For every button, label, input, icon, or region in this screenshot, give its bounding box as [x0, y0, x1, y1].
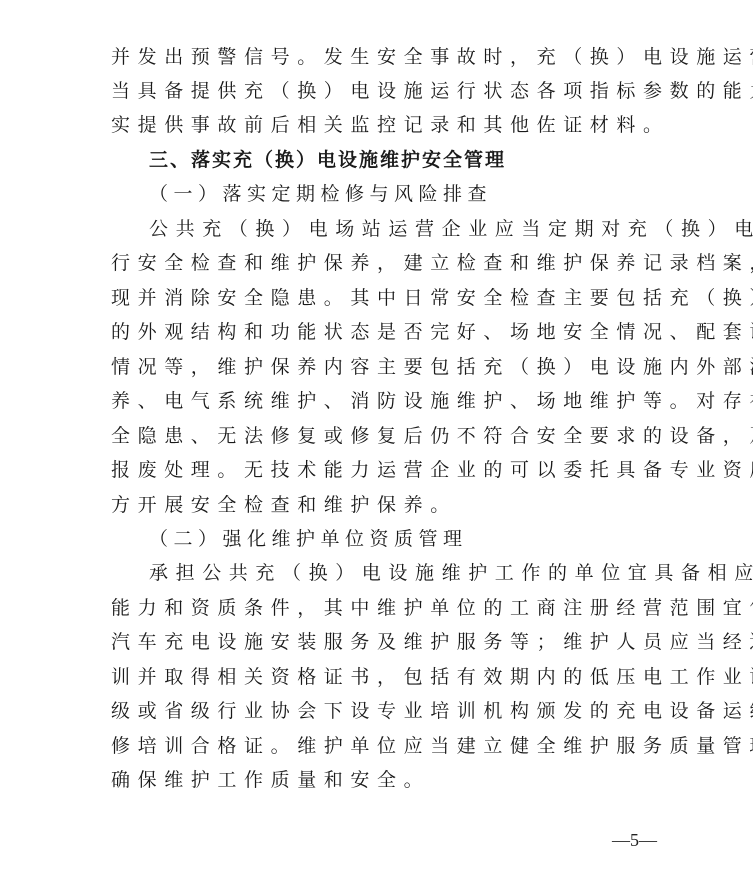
paragraph-line: 的外观结构和功能状态是否完好、场地安全情况、配套设施完好 — [111, 315, 656, 349]
paragraph-line: 现并消除安全隐患。其中日常安全检查主要包括充（换）电设施 — [111, 281, 656, 315]
document-page: 并发出预警信号。发生安全事故时，充（换）电设施运营单位应 当具备提供充（换）电设… — [0, 0, 753, 885]
paragraph-line: 汽车充电设施安装服务及维护服务等；维护人员应当经过专业培 — [111, 625, 656, 659]
subsection-heading: （二）强化维护单位资质管理 — [149, 522, 656, 556]
paragraph-line: 实提供事故前后相关监控记录和其他佐证材料。 — [111, 108, 656, 142]
paragraph-line: 当具备提供充（换）电设施运行状态各项指标参数的能力，并如 — [111, 74, 656, 108]
paragraph-line: 公共充（换）电场站运营企业应当定期对充（换）电设施进 — [149, 212, 656, 246]
paragraph-line: 行安全检查和维护保养，建立检查和维护保养记录档案，及时发 — [111, 246, 656, 280]
paragraph-line: 修培训合格证。维护单位应当建立健全维护服务质量管理制度， — [111, 729, 656, 763]
paragraph-line: 能力和资质条件，其中维护单位的工商注册经营范围宜包含电动 — [111, 591, 656, 625]
section-heading: 三、落实充（换）电设施维护安全管理 — [149, 143, 656, 177]
paragraph-line: 报废处理。无技术能力运营企业的可以委托具备专业资质的第三 — [111, 453, 656, 487]
paragraph-line: 情况等，维护保养内容主要包括充（换）电设施内外部清洁和保 — [111, 350, 656, 384]
paragraph-line: 级或省级行业协会下设专业培训机构颁发的充电设备运维和检 — [111, 694, 656, 728]
paragraph-line: 确保维护工作质量和安全。 — [111, 763, 656, 797]
paragraph-line: 养、电气系统维护、消防设施维护、场地维护等。对存在严重安 — [111, 384, 656, 418]
paragraph-line: 承担公共充（换）电设施维护工作的单位宜具备相应的技术 — [149, 556, 656, 590]
page-number: —5— — [612, 826, 657, 854]
paragraph-line: 训并取得相关资格证书，包括有效期内的低压电工作业证、国家 — [111, 660, 656, 694]
paragraph-line: 方开展安全检查和维护保养。 — [111, 488, 656, 522]
subsection-heading: （一）落实定期检修与风险排查 — [149, 177, 656, 211]
paragraph-line: 全隐患、无法修复或修复后仍不符合安全要求的设备，及时予以 — [111, 419, 656, 453]
paragraph-line: 并发出预警信号。发生安全事故时，充（换）电设施运营单位应 — [111, 40, 656, 74]
